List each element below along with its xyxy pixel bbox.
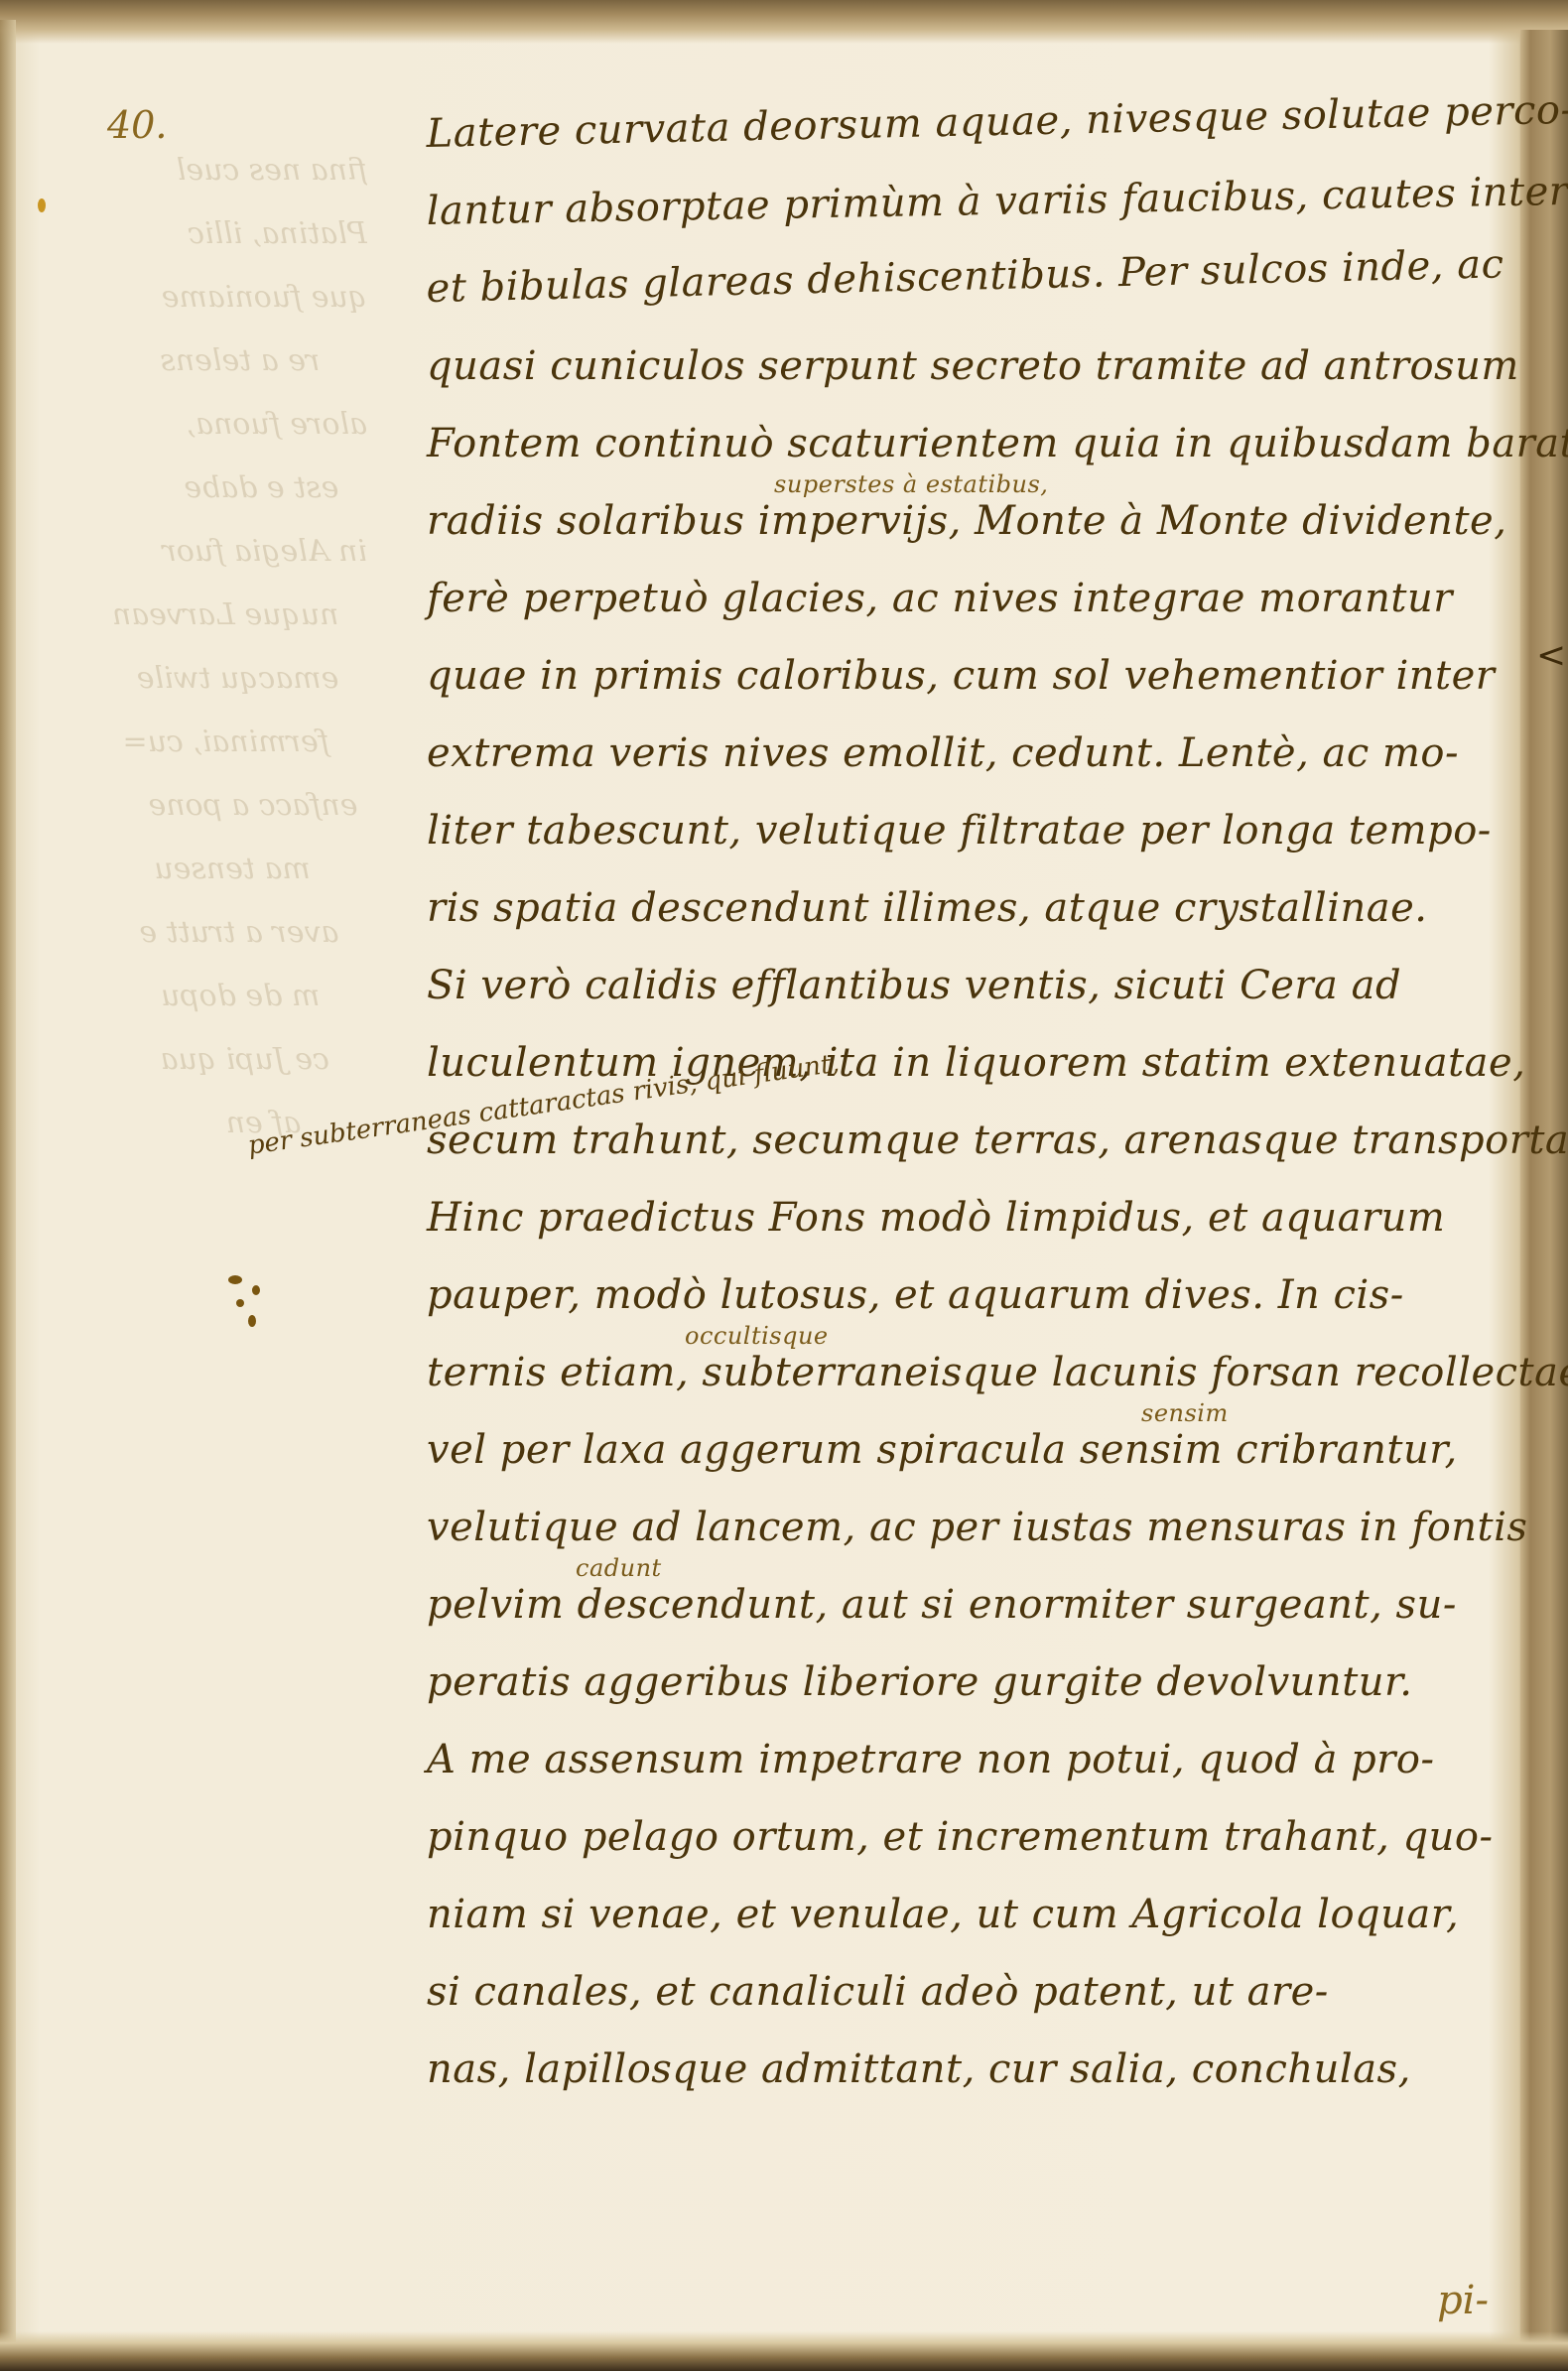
ink-dot (236, 1299, 244, 1307)
text-line-22: A me assensum impetrare non potui, quod … (427, 1737, 1538, 1814)
margin-insertion-mark (228, 1275, 268, 1335)
text-line-18-content: vel per laxa aggerum spiracula sensim cr… (427, 1427, 1458, 1473)
interlinear-insert-superstes: superstes à estatibus, (774, 470, 1048, 498)
text-line-14: secum trahunt, secumque terras, arenasqu… (427, 1118, 1538, 1195)
page-top-edge (0, 0, 1568, 44)
page-number: 40. (107, 103, 167, 147)
text-line-25: si canales, et canaliculi adeò patent, u… (427, 1969, 1538, 2046)
text-line-9: extrema veris nives emollit, cedunt. Len… (427, 730, 1538, 808)
text-line-17-content: ternis etiam, subterraneisque lacunis fo… (427, 1350, 1568, 1395)
text-line-7: ferè perpetuò glacies, ac nives integrae… (427, 576, 1538, 653)
text-line-18: sensim vel per laxa aggerum spiracula se… (427, 1427, 1538, 1505)
text-line-16: pauper, modò lutosus, et aquarum dives. … (427, 1272, 1538, 1350)
page-left-fold (0, 20, 16, 2342)
text-line-6-content: radiis solaribus impervijs, Monte à Mont… (427, 498, 1506, 544)
text-line-24: niam si venae, et venulae, ut cum Agrico… (427, 1892, 1538, 1969)
interlinear-insert-cadunt: cadunt (576, 1554, 662, 1582)
ink-dot (248, 1315, 256, 1327)
edge-bracket-mark: < (1536, 635, 1566, 676)
main-text-block: Latere curvata deorsum aquae, nivesque s… (427, 111, 1538, 2124)
manuscript-scan: fina nes cuel Platina, illic que fuoniam… (0, 0, 1568, 2371)
page-bottom-edge (0, 2331, 1568, 2371)
text-line-15: Hinc praedictus Fons modò limpidus, et a… (427, 1195, 1538, 1272)
catchword: pi- (1437, 2278, 1489, 2323)
bleed-through-text: fina nes cuel Platina, illic que fuoniam… (40, 139, 367, 2223)
ink-dot (228, 1275, 242, 1284)
text-line-8: quae in primis caloribus, cum sol veheme… (427, 653, 1538, 730)
text-line-23: pinquo pelago ortum, et incrementum trah… (427, 1814, 1538, 1892)
text-line-21: peratis aggeribus liberiore gurgite devo… (427, 1659, 1538, 1737)
ink-spot (38, 198, 46, 212)
text-line-11: ris spatia descendunt illimes, atque cry… (427, 885, 1538, 963)
text-line-20: cadunt pelvim descendunt, aut si enormit… (427, 1582, 1538, 1659)
text-line-26: nas, lapillosque admittant, cur salia, c… (427, 2046, 1538, 2124)
text-line-10: liter tabescunt, velutique filtratae per… (427, 808, 1538, 885)
interlinear-insert-sensim: sensim (1141, 1399, 1229, 1427)
ink-dot (252, 1285, 260, 1295)
text-line-12: Si verò calidis efflantibus ventis, sicu… (427, 963, 1538, 1040)
text-line-17: occultisque ternis etiam, subterraneisqu… (427, 1350, 1538, 1427)
text-line-20-content: pelvim descendunt, aut si enormiter surg… (427, 1582, 1457, 1628)
text-line-4: quasi cuniculos serpunt secreto tramite … (427, 343, 1538, 421)
text-line-6: superstes à estatibus, radiis solaribus … (427, 498, 1538, 576)
interlinear-insert-occultisque: occultisque (685, 1322, 829, 1350)
